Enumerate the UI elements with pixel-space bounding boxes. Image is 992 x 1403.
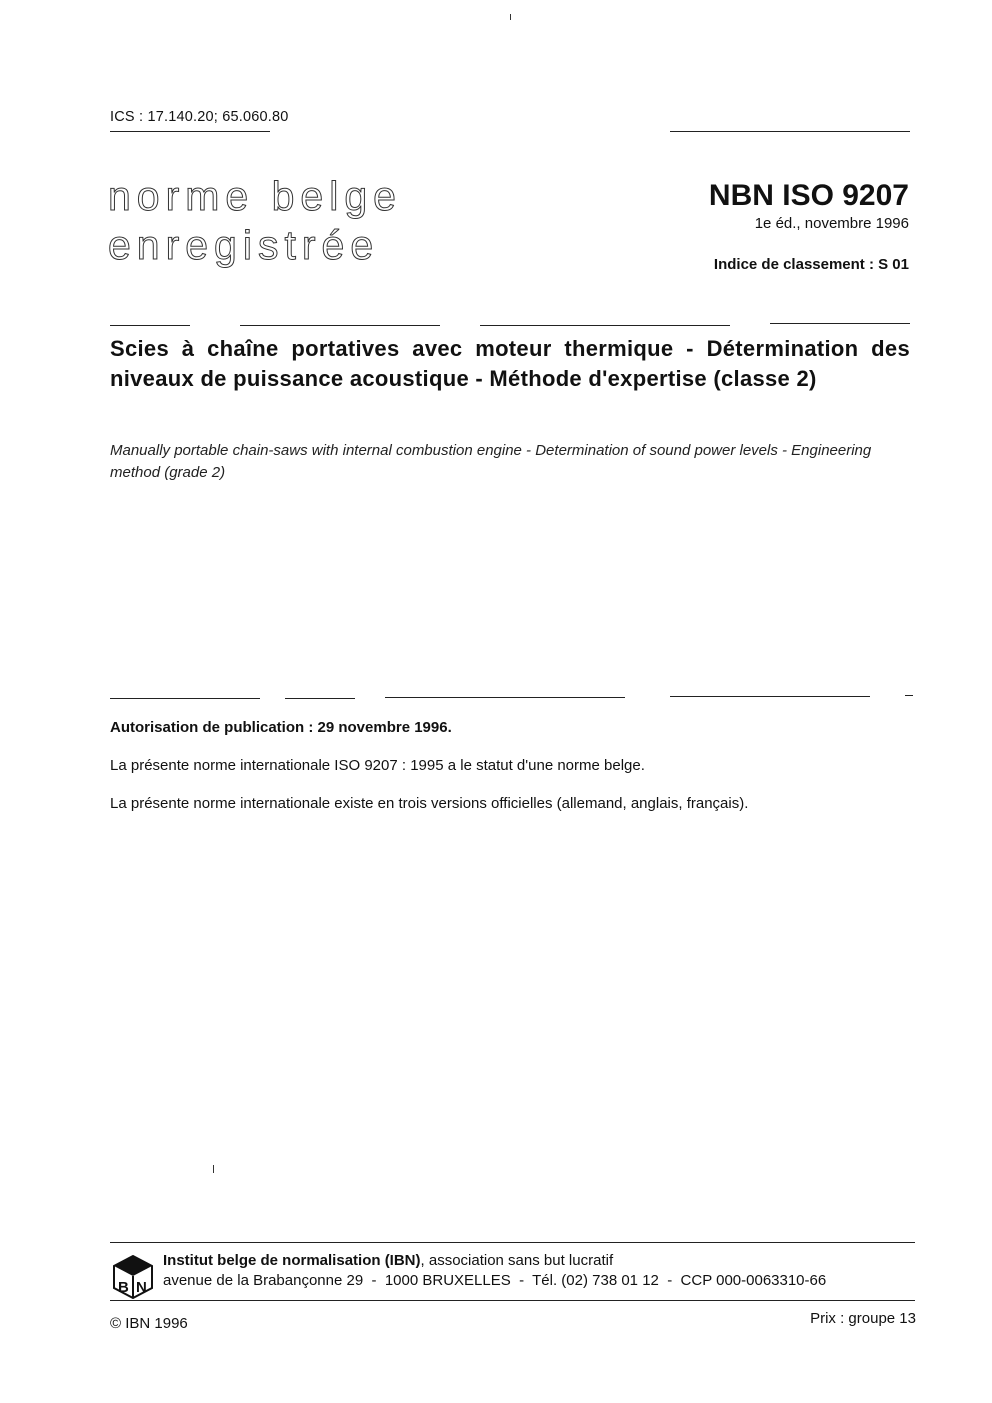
versions-paragraph: La présente norme internationale existe …	[110, 795, 748, 812]
english-title: Manually portable chain-saws with intern…	[110, 440, 920, 484]
divider	[110, 325, 190, 326]
ibn-cube-logo-icon: B N	[112, 1255, 154, 1299]
scan-mark	[213, 1165, 214, 1173]
french-title: Scies à chaîne portatives avec moteur th…	[110, 334, 910, 394]
institute-suffix: , association sans but lucratif	[421, 1252, 614, 1269]
divider	[770, 323, 910, 324]
divider	[240, 325, 440, 326]
copyright: © IBN 1996	[110, 1315, 188, 1332]
institute-address: avenue de la Brabançonne 29 - 1000 BRUXE…	[163, 1272, 826, 1289]
divider	[110, 1300, 915, 1301]
standard-number: NBN ISO 9207	[709, 179, 909, 213]
divider	[110, 131, 270, 132]
svg-text:N: N	[136, 1279, 147, 1296]
svg-text:B: B	[118, 1279, 129, 1296]
enregistree-outline-title: enregistrée	[108, 225, 379, 266]
edition-date: 1e éd., novembre 1996	[755, 215, 909, 232]
publication-authorization: Autorisation de publication : 29 novembr…	[110, 719, 452, 736]
institute-line: Institut belge de normalisation (IBN), a…	[163, 1252, 613, 1269]
norme-belge-outline-title: norme belge	[108, 176, 402, 217]
classification-index: Indice de classement : S 01	[714, 256, 909, 273]
scan-mark	[510, 14, 511, 20]
institute-name: Institut belge de normalisation (IBN)	[163, 1252, 421, 1269]
status-paragraph: La présente norme internationale ISO 920…	[110, 757, 645, 774]
divider	[285, 698, 355, 699]
price-group: Prix : groupe 13	[810, 1310, 916, 1327]
divider	[480, 325, 730, 326]
divider	[905, 695, 913, 696]
divider	[110, 698, 260, 699]
divider	[670, 696, 870, 697]
ics-code: ICS : 17.140.20; 65.060.80	[110, 109, 289, 125]
divider	[110, 1242, 915, 1243]
divider	[385, 697, 625, 698]
divider	[670, 131, 910, 132]
